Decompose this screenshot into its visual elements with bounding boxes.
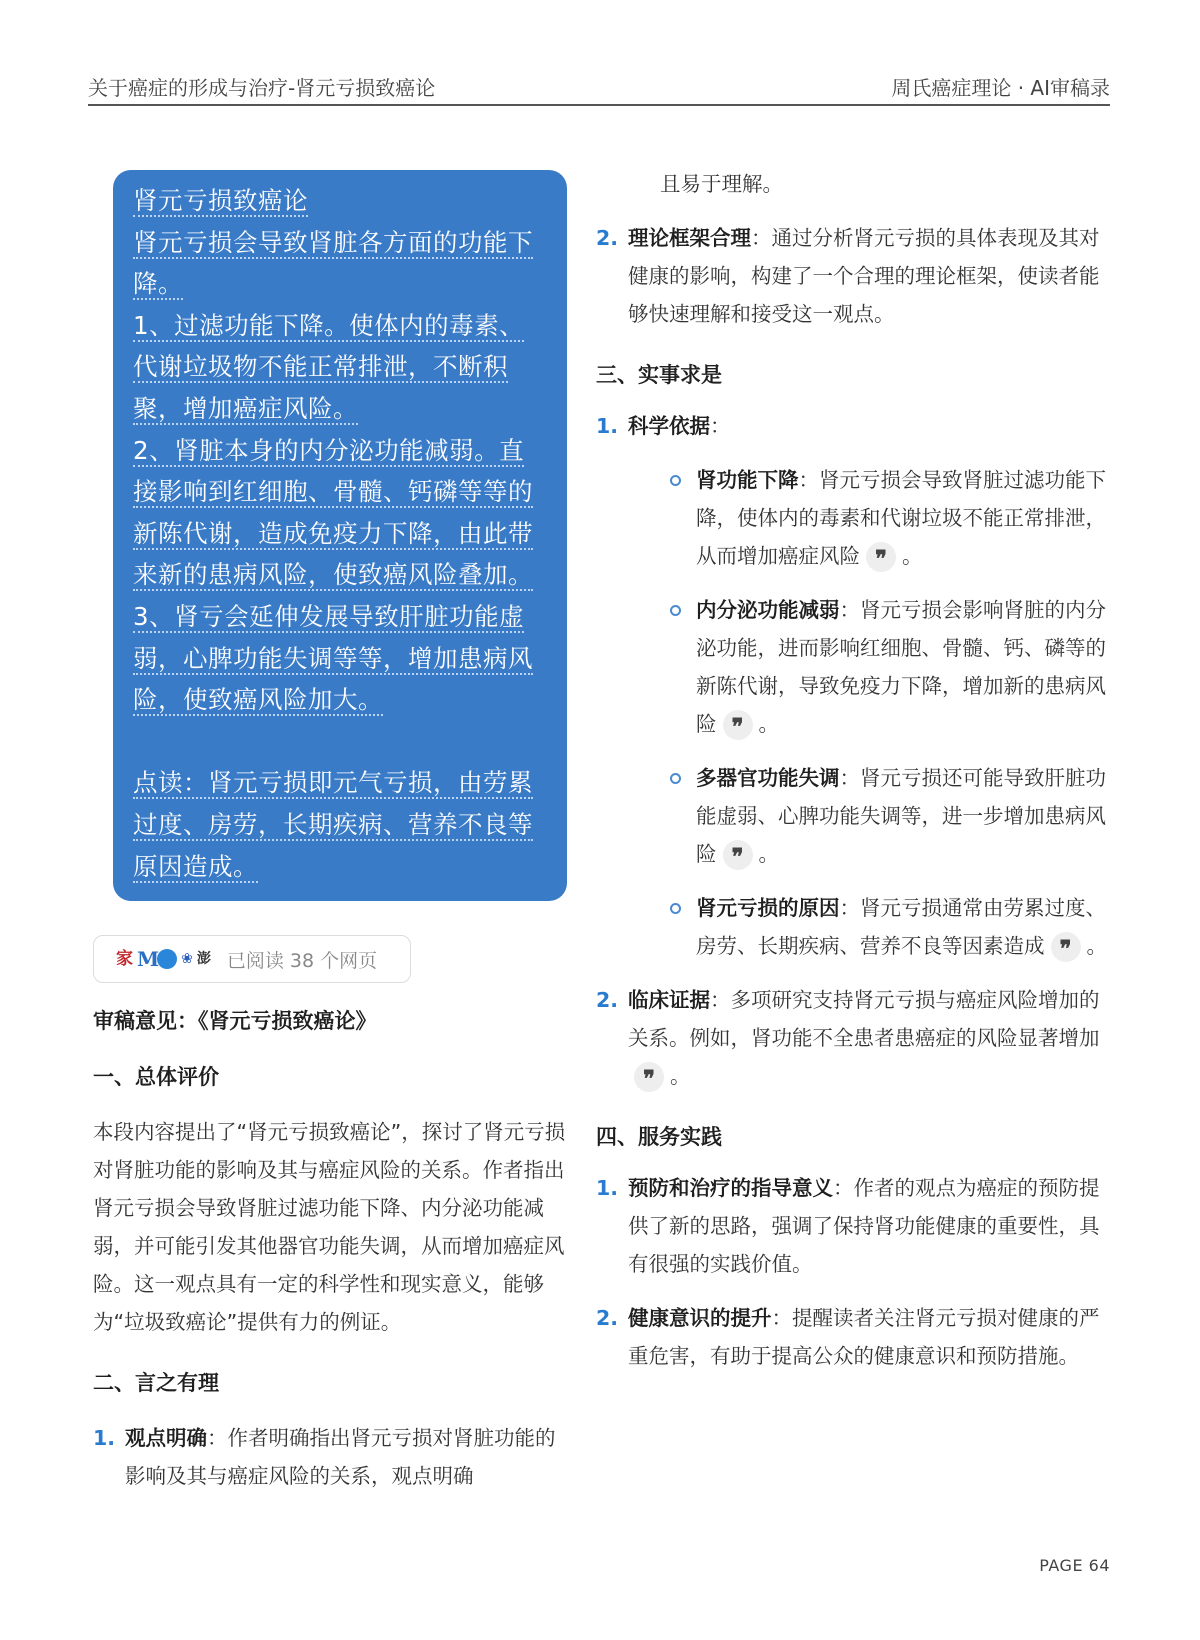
list-number: 2. (596, 219, 628, 333)
card-line: 3、肾亏会延伸发展导致肝脏功能虚 (133, 602, 524, 633)
card-note-line: 原因造成。 (133, 852, 258, 883)
card-line: 聚，增加癌症风险。 (133, 394, 358, 425)
header-right-title: 周氏癌症理论 · AI审稿录 (891, 72, 1110, 101)
list-item: 1. 预防和治疗的指导意义：作者的观点为癌症的预防提供了新的思路，强调了保持肾功… (596, 1169, 1118, 1283)
item-text: 且易于理解。 (660, 172, 783, 196)
citation-quote-icon[interactable]: ❞ (723, 840, 753, 870)
item-bold-label: 健康意识的提升 (628, 1306, 772, 1330)
list-item: 2. 临床证据：多项研究支持肾元亏损与癌症风险增加的关系。例如，肾功能不全患者患… (596, 981, 1118, 1095)
right-column: 且易于理解。 2. 理论框架合理：通过分析肾元亏损的具体表现及其对健康的影响，构… (628, 165, 1118, 1375)
page-header: 关于癌症的形成与治疗-肾元亏损致癌论 周氏癌症理论 · AI审稿录 (88, 72, 1110, 104)
bullet-item: 多器官功能失调：肾元亏损还可能导致肝脏功能虚弱、心脾功能失调等，进一步增加患病风… (662, 759, 1118, 873)
jia-source-icon: 家 (116, 949, 133, 969)
header-left-title: 关于癌症的形成与治疗-肾元亏损致癌论 (88, 72, 435, 101)
blue-circle-source-icon (157, 949, 177, 969)
card-line: 弱，心脾功能失调等等，增加患病风 (133, 644, 533, 675)
overall-evaluation-paragraph: 本段内容提出了“肾元亏损致癌论”，探讨了肾元亏损对肾脏功能的影响及其与癌症风险的… (93, 1113, 573, 1341)
circle-bullet-icon (662, 889, 696, 965)
item-end: 。 (759, 712, 780, 736)
list-number: 1. (596, 407, 628, 445)
list-number: 2. (596, 1299, 628, 1375)
item-end: 。 (902, 544, 923, 568)
section-heading: 四、服务实践 (596, 1121, 1118, 1151)
list-item: 1. 科学依据： (596, 407, 1118, 445)
item-end: 。 (1087, 934, 1108, 958)
item-bold-label: 观点明确 (125, 1426, 207, 1450)
item-bold-label: 多器官功能失调 (696, 766, 840, 790)
bullet-item: 内分泌功能减弱：肾元亏损会影响肾脏的内分泌功能，进而影响红细胞、骨髓、钙、磷等的… (662, 591, 1118, 743)
m-source-icon: M (137, 949, 159, 969)
baidu-paw-icon: ❀ (181, 949, 193, 969)
review-title: 审稿意见：《肾元亏损致癌论》 (93, 1005, 573, 1035)
item-bold-label: 内分泌功能减弱 (696, 598, 840, 622)
item-bold-label: 肾元亏损的原因 (696, 896, 840, 920)
list-number: 1. (93, 1419, 125, 1495)
card-line: 险，使致癌风险加大。 (133, 685, 383, 716)
list-item-continued: 且易于理解。 (628, 165, 1118, 203)
citation-quote-icon[interactable]: ❞ (866, 542, 896, 572)
item-bold-label: 理论框架合理 (628, 226, 751, 250)
item-bold-label: 肾功能下降 (696, 468, 799, 492)
sources-read-label: 已阅读 38 个网页 (227, 946, 377, 973)
quoted-text-card: 肾元亏损致癌论 肾元亏损会导致肾脏各方面的功能下 降。 1、过滤功能下降。使体内… (113, 170, 567, 901)
list-item: 2. 健康意识的提升：提醒读者关注肾元亏损对健康的严重危害，有助于提高公众的健康… (596, 1299, 1118, 1375)
circle-bullet-icon (662, 461, 696, 575)
card-line: 接影响到红细胞、骨髓、钙磷等等的 (133, 477, 533, 508)
card-line: 肾元亏损会导致肾脏各方面的功能下 (133, 228, 533, 259)
left-column: 肾元亏损致癌论 肾元亏损会导致肾脏各方面的功能下 降。 1、过滤功能下降。使体内… (93, 170, 573, 1495)
source-icons: 家 M ❀ 澎 (116, 949, 211, 969)
section-heading: 一、总体评价 (93, 1061, 573, 1091)
section-heading: 三、实事求是 (596, 359, 1118, 389)
bullet-item: 肾元亏损的原因：肾元亏损通常由劳累过度、房劳、长期疾病、营养不良等因素造成❞。 (662, 889, 1118, 965)
item-bold-label: 临床证据 (628, 988, 710, 1012)
circle-bullet-icon (662, 759, 696, 873)
list-item: 1. 观点明确：作者明确指出肾元亏损对肾脏功能的影响及其与癌症风险的关系，观点明… (93, 1419, 573, 1495)
card-line: 来新的患病风险，使致癌风险叠加。 (133, 560, 533, 591)
citation-quote-icon[interactable]: ❞ (634, 1062, 664, 1092)
card-note-line: 点读：肾元亏损即元气亏损，由劳累 (133, 768, 533, 799)
card-title: 肾元亏损致癌论 (133, 186, 308, 217)
citation-quote-icon[interactable]: ❞ (723, 710, 753, 740)
card-line: 新陈代谢，造成免疫力下降，由此带 (133, 519, 533, 550)
card-line: 1、过滤功能下降。使体内的毒素、 (133, 311, 524, 342)
bullet-item: 肾功能下降：肾元亏损会导致肾脏过滤功能下降，使体内的毒素和代谢垃圾不能正常排泄，… (662, 461, 1118, 575)
card-line: 代谢垃圾物不能正常排泄，不断积 (133, 352, 508, 383)
item-text: ： (710, 414, 731, 438)
header-divider (88, 104, 1110, 106)
item-bold-label: 预防和治疗的指导意义 (628, 1176, 833, 1200)
card-note-line: 过度、房劳，长期疾病、营养不良等 (133, 810, 533, 841)
item-bold-label: 科学依据 (628, 414, 710, 438)
list-number: 1. (596, 1169, 628, 1283)
list-item: 2. 理论框架合理：通过分析肾元亏损的具体表现及其对健康的影响，构建了一个合理的… (596, 219, 1118, 333)
card-line: 降。 (133, 269, 183, 300)
circle-bullet-icon (662, 591, 696, 743)
item-end: 。 (670, 1064, 691, 1088)
card-line: 2、肾脏本身的内分泌功能减弱。直 (133, 436, 524, 467)
item-end: 。 (759, 842, 780, 866)
page-number: PAGE 64 (1039, 1556, 1110, 1575)
bullet-list: 肾功能下降：肾元亏损会导致肾脏过滤功能下降，使体内的毒素和代谢垃圾不能正常排泄，… (662, 461, 1118, 965)
sources-read-button[interactable]: 家 M ❀ 澎 已阅读 38 个网页 (93, 935, 411, 983)
citation-quote-icon[interactable]: ❞ (1051, 932, 1081, 962)
list-number: 2. (596, 981, 628, 1095)
pengpai-icon: 澎 (197, 949, 211, 969)
section-heading: 二、言之有理 (93, 1367, 573, 1397)
